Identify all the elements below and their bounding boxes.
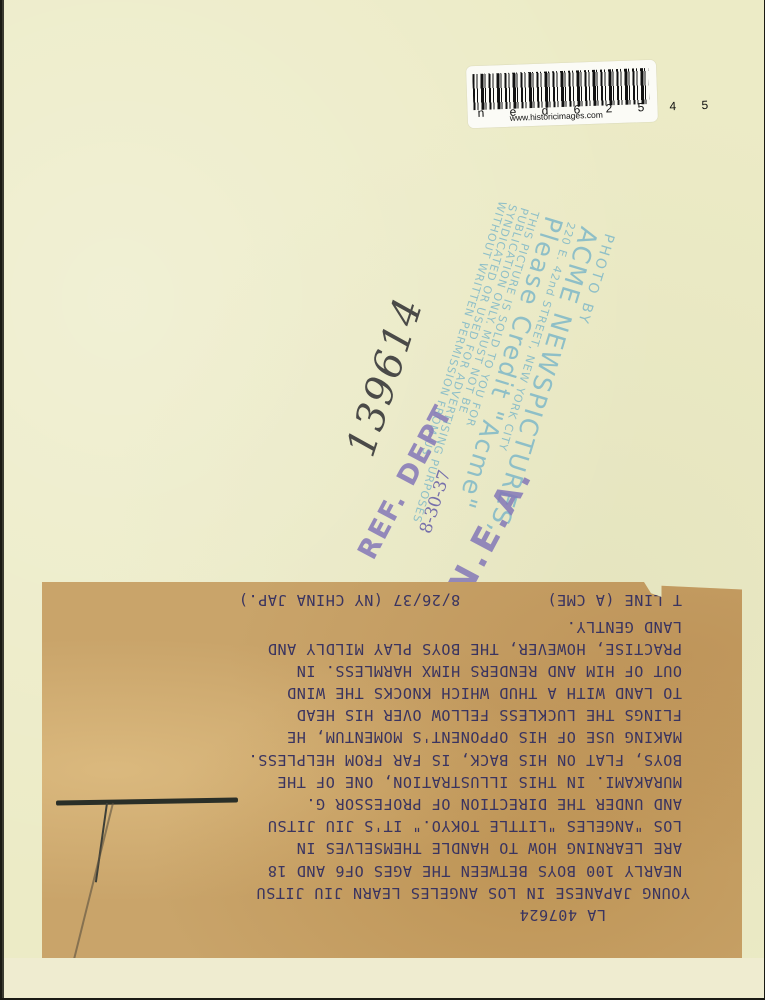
- caption-body-line: ARE LEARNING HOW TO HANDLE THEMSELVES IN: [102, 837, 682, 859]
- caption-ref-number: LA 407624: [102, 904, 606, 926]
- caption-body-line: OUT OF HIM AND RENDERS HIMX HARMLESS. IN: [102, 660, 682, 682]
- caption-body-line: BOYS, FLAT ON HIS BACK, IS FAR FROM HELP…: [102, 749, 682, 771]
- caption-body-line: NEARLY 100 BOYS BETWEEN THE AGES OF6 AND…: [102, 859, 682, 881]
- caption-body-line: MURAKAMI. IN THIS ILLUSTRATION, ONE OF T…: [102, 771, 682, 793]
- caption-footer: T LINE (A CME) 8/26/37 (NY CHINA JAP.): [102, 589, 682, 611]
- caption-slip: LA 407624 YOUNG JAPANESE IN LOS ANGELES …: [42, 582, 742, 958]
- photo-back: n e d 6 2 5 4 5 www.historicimages.com P…: [2, 0, 764, 998]
- caption-body-line: MAKING USE OF HIS OPPONENT'S MOMENTUM, H…: [102, 726, 682, 748]
- caption-headline: YOUNG JAPANESE IN LOS ANGELES LEARN JIU …: [102, 882, 690, 904]
- barcode-url: www.historicimages.com: [510, 110, 603, 123]
- caption-text-rotated: LA 407624 YOUNG JAPANESE IN LOS ANGELES …: [42, 582, 742, 958]
- caption-body-line: LOS "ANGELES "LITTLE TOKYO." IT'S JIU JI…: [102, 815, 682, 837]
- caption-body-line: FLINGS THE LUCKLESS FELLOW OVER HIS HEAD: [102, 704, 682, 726]
- caption-body-line: LAND GENTLY.: [102, 615, 682, 637]
- barcode-sticker: n e d 6 2 5 4 5 www.historicimages.com: [466, 60, 658, 129]
- caption-body-line: AND UNDER THE DIRECTION OF PROFESSOR G.: [102, 793, 682, 815]
- caption-body-line: PRACTISE, HOWEVER, THE BOYS PLAY MILDLY …: [102, 638, 682, 660]
- caption-body-line: TO LAND WITH A THUD WHICH KNOCKS THE WIN…: [102, 682, 682, 704]
- bottom-margin: [4, 958, 764, 998]
